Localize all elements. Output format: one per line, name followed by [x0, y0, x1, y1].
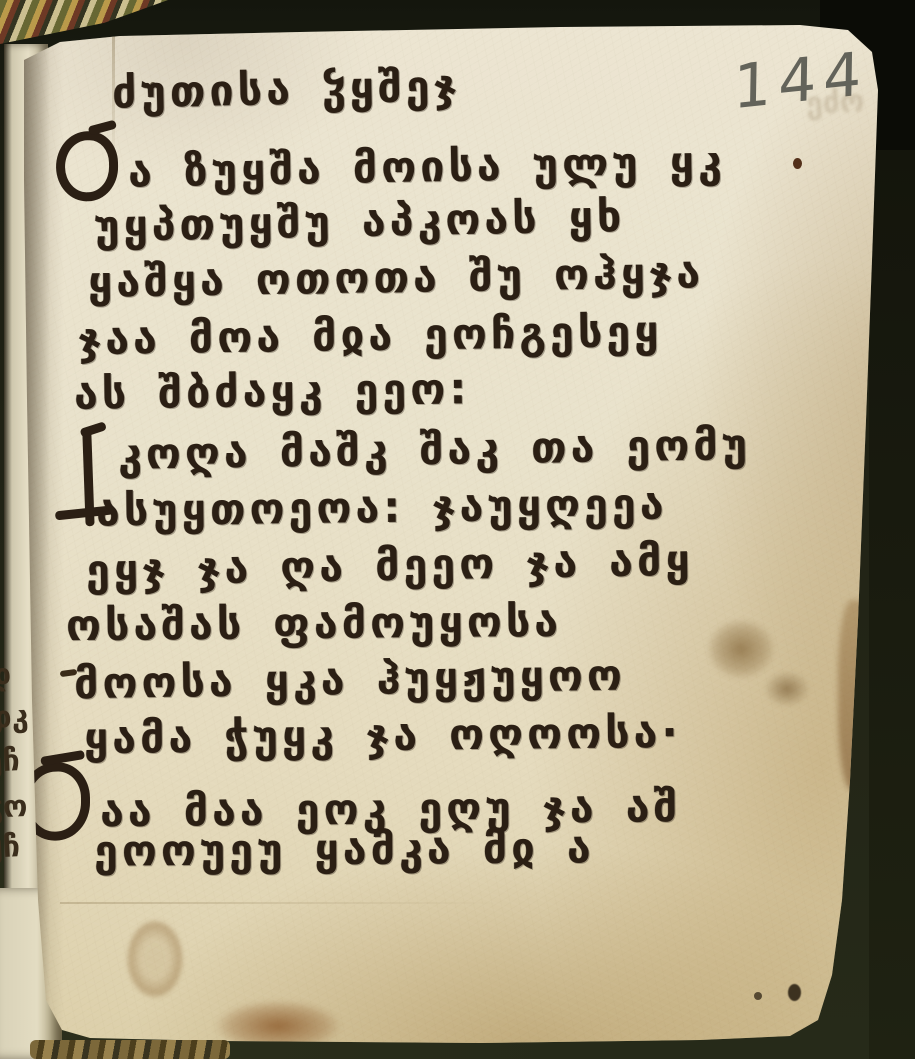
text-line-content: ეოოუეუ ყამკა მჲ ა — [94, 823, 595, 876]
text-line-content: კოღა მაშკ შაკ თა ეომუ — [118, 420, 752, 480]
text-line-content: ას შბძაყკ ეეო: — [74, 364, 471, 420]
text-line: ძუთისა ჴყშეჯ — [111, 60, 461, 119]
gutter-text-fragment: ჭო — [0, 789, 28, 826]
background-right-band — [869, 150, 915, 1059]
text-line-content: ჯაა მოა მჲა ეოჩგესეყ — [78, 307, 663, 365]
text-line: ას შბძაყკ ეეო: — [74, 363, 471, 421]
text-line: ყაშყა ოთოთა შუ ოჰყჯა — [88, 247, 705, 309]
text-line: ა ზუყშა მოისა ულუ ყკ — [55, 120, 726, 202]
parchment-page: 144 ეძო ძუთისა ჴყშეჯ ა ზუყშა მოისა ულუ ყ… — [0, 0, 915, 1059]
gutter-text-fragment: ჶკ — [0, 699, 29, 736]
text-line: ეყჯ ჯა ღა მეეო ჯა ამყ — [86, 535, 695, 598]
text-line-content: ასუყთოეოა: ჯაუყღეეა — [96, 480, 668, 537]
text-line-content: ყაშყა ოთოთა შუ ოჰყჯა — [88, 248, 705, 308]
initial-stroke — [88, 120, 117, 136]
manuscript-photo: დ ჶკ ეჩ ჭო ჟჩ 144 ეძო ძუთისა ჴყშეჯ ა ზუყ… — [0, 0, 915, 1059]
text-line: ოსაშას ფამოუყოსა — [66, 596, 563, 652]
gutter-text-fragment: ჟჩ — [0, 829, 21, 866]
text-line-content: ძუთისა ჴყშეჯ — [112, 61, 462, 118]
text-line: უყპთუყშუ აპკოას ყხ — [94, 191, 626, 253]
text-line-content: ყამა ჭუყკ ჯა ოღოოსა· — [84, 708, 682, 764]
text-line: ასუყთოეოა: ჯაუყღეეა — [96, 479, 668, 538]
text-line-content: ეყჯ ჯა ღა მეეო ჯა ამყ — [86, 536, 694, 597]
initial-stroke — [79, 421, 107, 438]
endband-bottom — [30, 1040, 230, 1059]
gutter-text-fragment: ეჩ — [0, 743, 21, 780]
gutter-text-fragment: დ — [0, 657, 12, 693]
text-line-content: უყპთუყშუ აპკოას ყხ — [94, 192, 626, 252]
text-line: ეოოუეუ ყამკა მჲ ა — [94, 822, 595, 877]
facing-page-text-fragments: დ ჶკ ეჩ ჭო ჟჩ — [0, 640, 30, 920]
text-line-content: ოსაშას ფამოუყოსა — [66, 597, 563, 651]
text-line: ჯაა მოა მჲა ეოჩგესეყ — [78, 306, 663, 366]
text-line: ყამა ჭუყკ ჯა ოღოოსა· — [84, 707, 682, 765]
text-block: ძუთისა ჴყშეჯ ა ზუყშა მოისა ულუ ყკ უყპთუყ… — [0, 0, 915, 1059]
initial-stroke — [40, 750, 85, 766]
text-line: მოოსა ყკა ჰუყჟუყოო — [74, 650, 627, 711]
text-line-content: მოოსა ყკა ჰუყჟუყოო — [74, 651, 627, 710]
text-line-content: ა ზუყშა მოისა ულუ ყკ — [128, 137, 727, 197]
text-line: კოღა მაშკ შაკ თა ეომუ — [118, 419, 752, 481]
paragraph-initial-round — [55, 131, 118, 202]
